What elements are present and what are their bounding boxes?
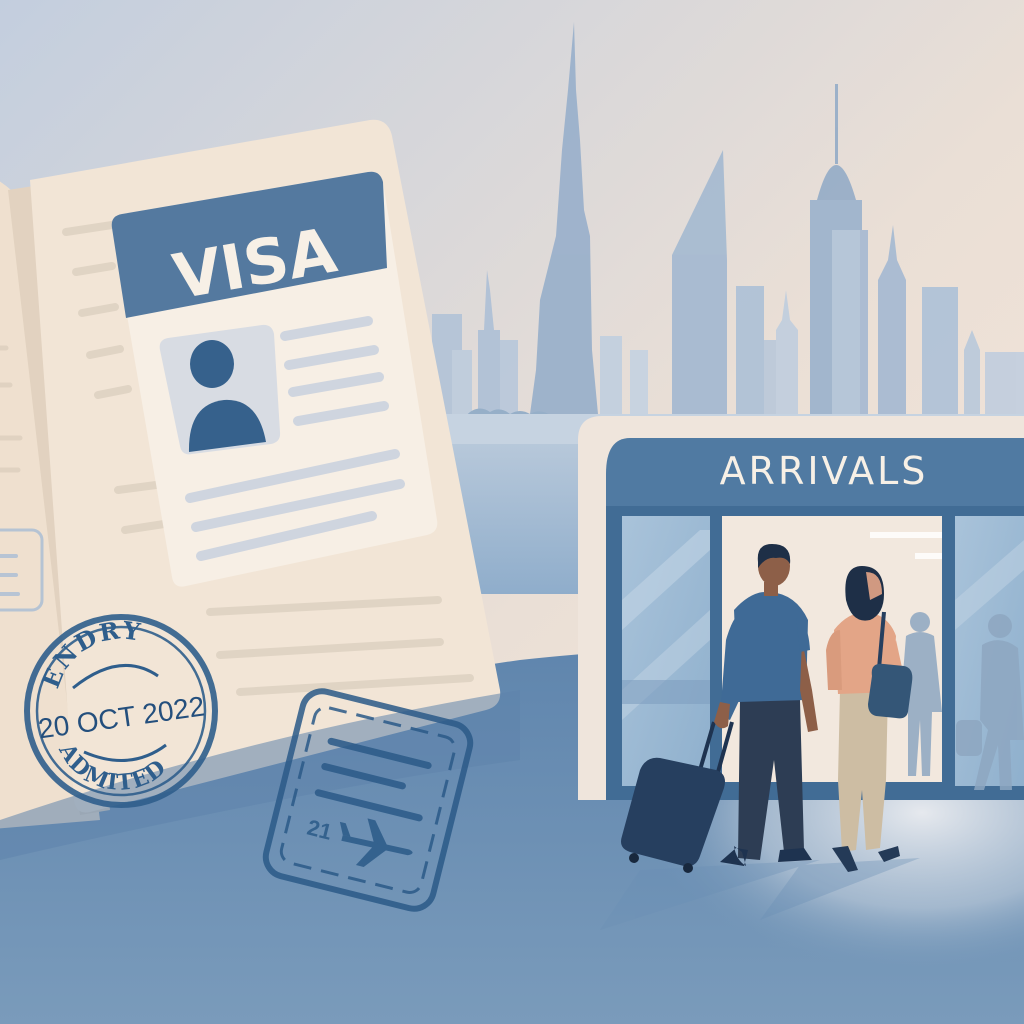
person-silhouette-icon	[160, 325, 280, 454]
arrivals-sign-text: ARRIVALS	[720, 449, 929, 493]
illustration-scene: VISA ENDRY 20 OCT 2022 ADMI	[0, 0, 1024, 1024]
shoulder-bag-icon	[868, 664, 912, 719]
